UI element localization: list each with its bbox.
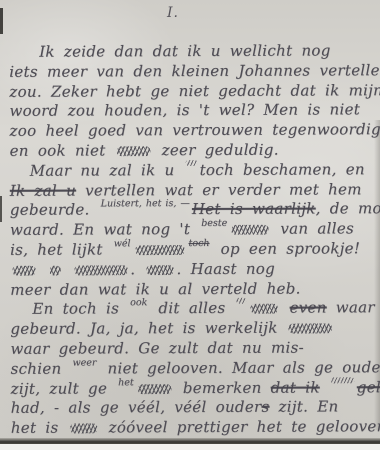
text-segment: iets meer van den kleinen Johannes verte… [9,61,380,81]
ink-blot [236,298,246,304]
manuscript-line: waar gebeurd. Ge zult dat nu mis- [10,338,375,359]
crossed-out-word: Ik zal u [10,181,76,199]
manuscript-line: Ik zal u vertellen wat er verder met hem [10,180,375,201]
crossed-out-word: Het is waarlijk [192,200,316,219]
manuscript-line: en ook niet zeer geduldig. [10,140,375,161]
text-segment [280,299,289,317]
ink-blot [331,377,355,383]
manuscript-line: meer dan wat ik u al verteld heb. [10,279,375,300]
text-segment: Maar nu zal ik u [30,161,184,180]
text-segment: zou. Zeker hebt ge niet gedacht dat ik m… [9,81,380,101]
manuscript-line: iets meer van den kleinen Johannes verte… [9,61,374,82]
text-segment: waar [327,299,375,317]
manuscript-line: zijt, zult ge het bemerken dat ik gelijk [11,378,376,399]
ink-blot [231,225,269,235]
manuscript-text: Ik zeide dan dat ik u wellicht nogiets m… [9,41,376,439]
text-segment: , de moeite [316,199,380,217]
manuscript-line: had, - als ge véél, véél ouders zijt. En [11,398,376,419]
manuscript-line: het is zóóveel prettiger het te gelooven… [11,417,376,438]
text-segment: waar gebeurd. Ge zult dat nu mis- [10,338,304,357]
ink-blot [250,304,278,314]
text-segment: woord zou houden, is 't wel? Men is niet [9,101,360,121]
inserted-word: beste [201,219,227,228]
crossed-out-word: s [261,398,269,416]
ink-blot [12,265,36,275]
inserted-word: wél [114,239,131,248]
text-segment: niet gelooven. Maar als ge ouder [98,358,380,377]
text-segment: gebeurd. Ja, ja, het is werkelijk [10,319,286,338]
crossed-out-word: dat ik [271,378,320,396]
text-segment: had, - als ge véél, véél ouder [11,398,262,417]
text-segment: zijt, zult ge [11,379,117,397]
manuscript-line: zoo heel goed van vertrouwen tegenwoordi… [9,120,374,141]
left-edge-mark-mid [0,196,2,222]
text-segment [63,260,72,278]
ink-blot [289,324,333,334]
manuscript-line: woord zou houden, is 't wel? Men is niet [9,101,374,122]
text-segment: zijt. En [269,398,338,416]
text-segment: en ook niet [10,141,115,159]
inserted-word: ook [130,299,147,308]
ink-blot [74,265,128,275]
text-segment: Ik zeide dan dat ik u wellicht nog [39,41,331,60]
inserted-word: Luistert, het is, — [101,199,190,208]
manuscript-line: Maar nu zal ik u toch beschamen, en [10,160,375,181]
text-segment: schien [11,359,71,377]
manuscript-line: . . Haast nog [10,259,375,280]
inserted-word: toch [188,239,209,248]
ink-blot [138,384,172,394]
ink-blot [186,160,198,166]
text-segment: meer dan wat ik u al verteld heb. [10,279,301,298]
text-segment: zóóveel prettiger het te gelooven, [99,417,380,436]
text-segment: vertellen wat er verder met hem [76,180,362,199]
text-segment: . [130,260,144,278]
text-segment: dit alles [149,299,234,317]
text-segment: waard. En wat nog 't [10,220,199,239]
photo-bottom-margin [0,444,380,450]
text-segment: zeer geduldig. [153,141,279,160]
inserted-word: het [118,378,134,387]
ink-blot [117,146,151,156]
manuscript-line: En toch is ook dit alles even waar [10,299,375,320]
manuscript-line: schien weer niet gelooven. Maar als ge o… [11,358,376,379]
text-segment: . Haast nog [176,259,275,277]
text-segment: En toch is [32,300,128,318]
text-segment [38,260,47,278]
text-segment: van alles [271,219,354,237]
inserted-word: weer [72,358,96,367]
manuscript-line: is, het lijkt wéltoch op een sprookje! [10,239,375,260]
manuscript-line: gebeurd. Ja, ja, het is werkelijk [10,318,375,339]
ink-blot [49,265,61,275]
ink-blot [146,265,174,275]
text-segment: is, het lijkt [10,240,112,258]
text-segment: zoo heel goed van vertrouwen tegenwoordi… [9,120,380,140]
manuscript-line: zou. Zeker hebt ge niet gedacht dat ik m… [9,81,374,102]
text-segment: bemerken [174,378,271,396]
text-segment: toch beschamen, en [200,160,365,179]
text-segment: het is [11,419,68,437]
text-segment: op een sprookje! [211,239,360,258]
text-segment [320,378,329,396]
chapter-heading: I. [167,5,179,21]
manuscript-line: gebeurde. Luistert, het is, —Het is waar… [10,200,375,221]
manuscript-photo: I. Ik zeide dan dat ik u wellicht nogiet… [0,0,380,444]
left-edge-mark-top [0,8,3,34]
manuscript-line: Ik zeide dan dat ik u wellicht nog [9,41,374,62]
ink-blot [70,424,98,434]
crossed-out-word: even [290,299,327,317]
ink-blot [135,245,185,255]
text-segment: gebeurde. [10,201,99,219]
crossed-out-word: gelijk [357,378,380,396]
